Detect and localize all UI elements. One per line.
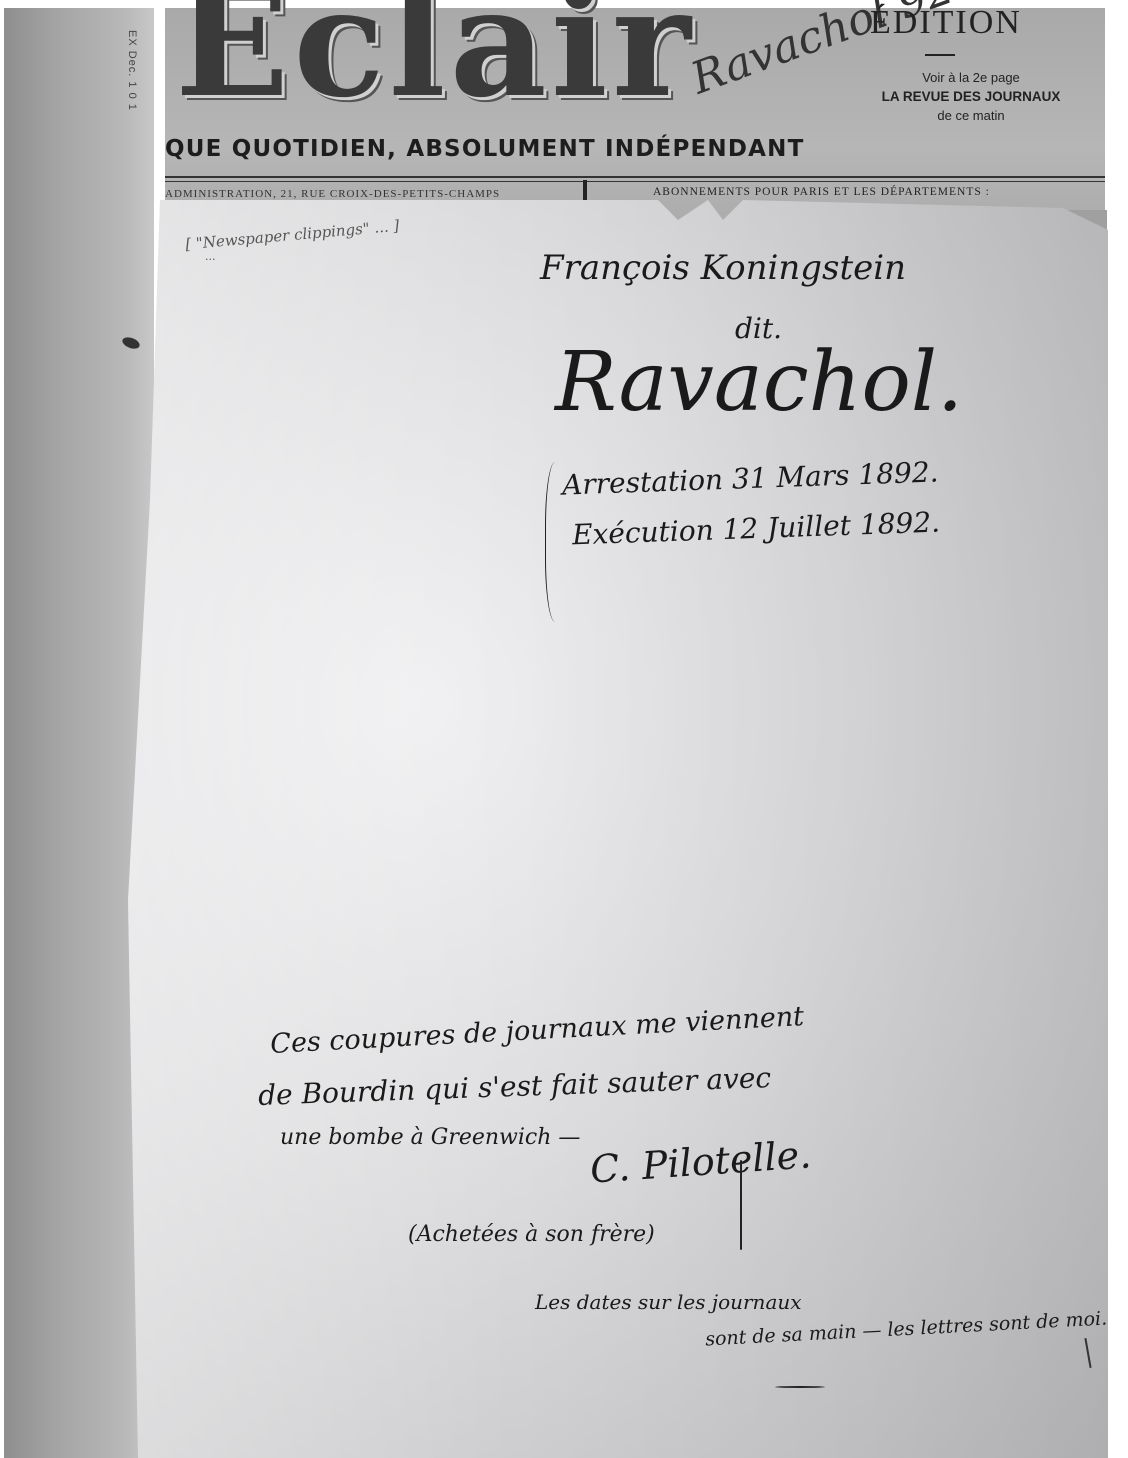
- administration-address: ADMINISTRATION, 21, RUE CROIX-DES-PETITS…: [165, 188, 500, 200]
- newspaper-title: Éclair: [175, 0, 695, 118]
- name-line: François Koningstein: [540, 248, 906, 288]
- edition-label: ÉDITION: [870, 4, 1022, 42]
- scan-left-shadow: [4, 8, 154, 1458]
- closing-underline: [775, 1386, 825, 1388]
- dates-note-line-1: Les dates sur les journaux: [535, 1290, 802, 1314]
- masthead-rule: [165, 176, 1105, 178]
- column-separator: [583, 180, 587, 202]
- promo-line-3: de ce matin: [841, 108, 1101, 123]
- signature-flourish: [740, 1160, 742, 1250]
- edition-divider: [925, 54, 955, 56]
- masthead-rule-secondary: [165, 181, 1105, 182]
- promo-line-2: LA REVUE DES JOURNAUX: [841, 89, 1101, 104]
- newspaper-tagline: QUE QUOTIDIEN, ABSOLUMENT INDÉPENDANT: [165, 136, 805, 162]
- aside-note: (Achetées à son frère): [408, 1222, 655, 1247]
- pencil-note-sub: ...: [205, 250, 216, 263]
- note-line-3: une bombe à Greenwich —: [280, 1125, 580, 1150]
- margin-note: EX Dec. 1 0 1: [126, 30, 138, 111]
- promo-box: Voir à la 2e page LA REVUE DES JOURNAUX …: [841, 70, 1101, 123]
- promo-line-1: Voir à la 2e page: [841, 70, 1101, 85]
- subscriptions-heading: ABONNEMENTS POUR PARIS ET LES DÉPARTEMEN…: [653, 186, 990, 198]
- alias-title: Ravachol.: [555, 335, 963, 430]
